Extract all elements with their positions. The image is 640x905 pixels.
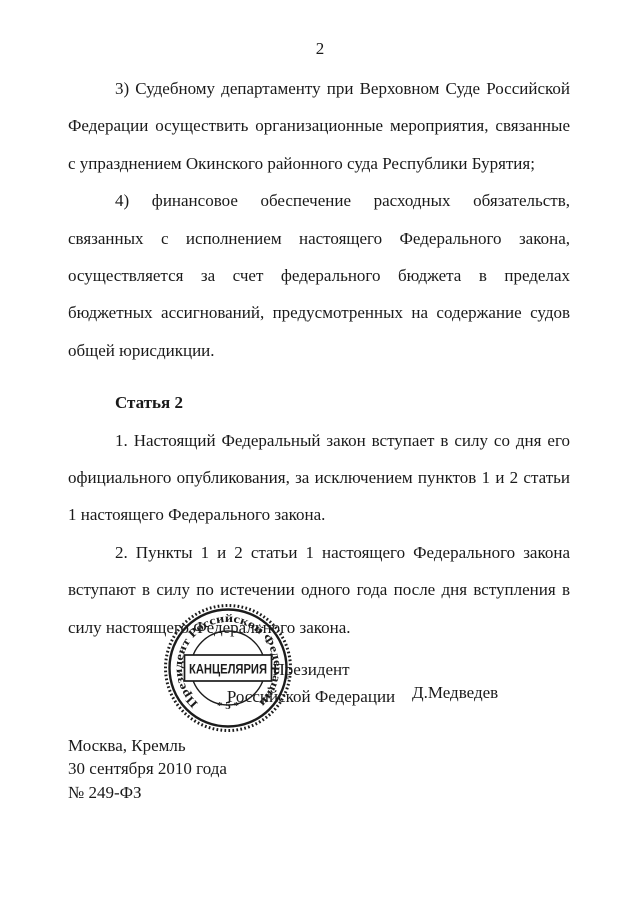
stamp-number: * 5 * bbox=[217, 700, 240, 712]
document-body: 3) Судебному департаменту при Верховном … bbox=[68, 70, 570, 646]
official-stamp: Президент Российской Федерации КАНЦЕЛЯРИ… bbox=[162, 602, 294, 734]
footer-block: Москва, Кремль 30 сентября 2010 года № 2… bbox=[68, 734, 227, 804]
article-paragraph-2: 2. Пункты 1 и 2 статьи 1 настоящего Феде… bbox=[68, 534, 570, 646]
page-number: 2 bbox=[0, 40, 640, 58]
stamp-center-text: КАНЦЕЛЯРИЯ bbox=[189, 662, 267, 677]
footer-place: Москва, Кремль bbox=[68, 734, 227, 757]
document-page: 2 3) Судебному департаменту при Верховно… bbox=[0, 0, 640, 905]
paragraph-item-3: 3) Судебному департаменту при Верховном … bbox=[68, 70, 570, 182]
paragraph-item-4: 4) финансовое обеспечение расходных обяз… bbox=[68, 182, 570, 369]
article-paragraph-1: 1. Настоящий Федеральный закон вступает … bbox=[68, 422, 570, 534]
footer-date: 30 сентября 2010 года bbox=[68, 757, 227, 780]
signatory-name: Д.Медведев bbox=[412, 679, 498, 706]
article-heading: Статья 2 bbox=[68, 369, 570, 421]
footer-number: № 249-ФЗ bbox=[68, 781, 227, 804]
